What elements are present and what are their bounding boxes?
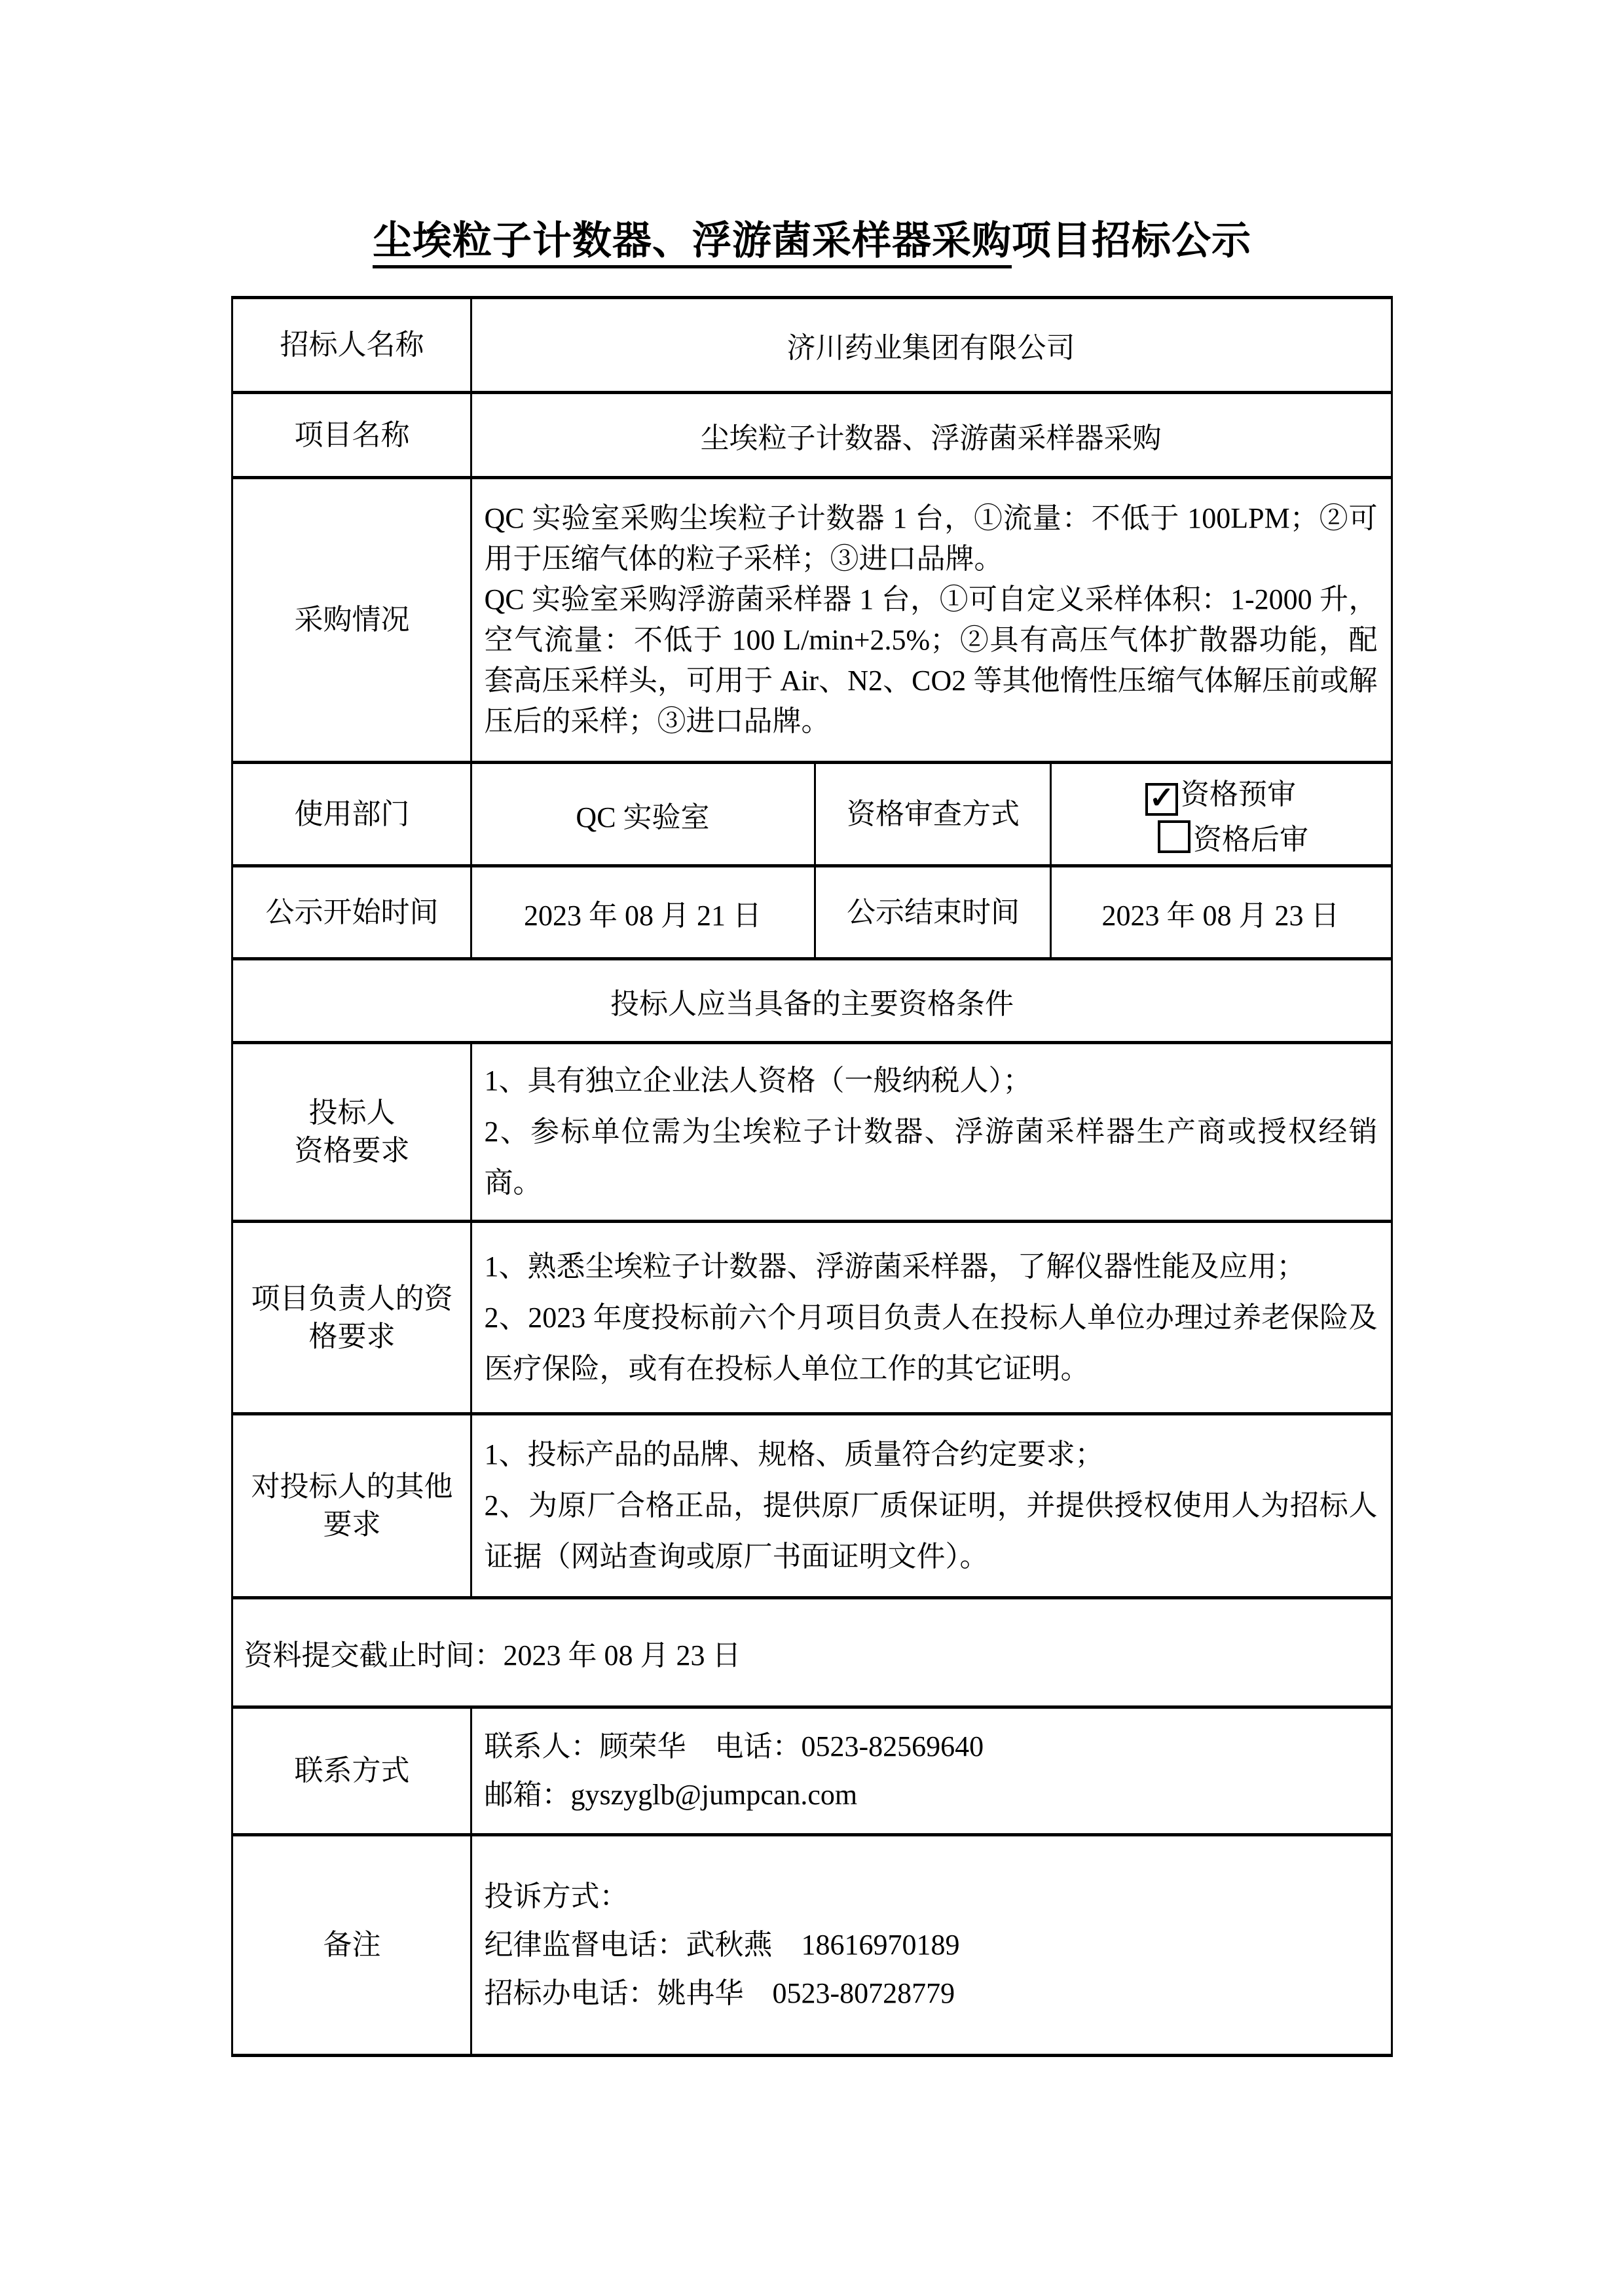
- option-prequalification: ✓资格预审: [1145, 778, 1296, 811]
- table-row: 项目名称 尘埃粒子计数器、浮游菌采样器采购: [232, 393, 1392, 478]
- bidder-qualification-label: 投标人 资格要求: [232, 1043, 471, 1222]
- checkbox-checked-icon: ✓: [1145, 783, 1178, 816]
- using-department-label: 使用部门: [232, 763, 471, 866]
- contact-value: 联系人：顾荣华 电话：0523-82569640 邮箱：gyszyglb@jum…: [471, 1707, 1392, 1835]
- publicity-end-label: 公示结束时间: [815, 866, 1051, 959]
- bidder-qualification-value: 1、具有独立企业法人资格（一般纳税人）； 2、参标单位需为尘埃粒子计数器、浮游菌…: [471, 1043, 1392, 1222]
- project-manager-qualification-label: 项目负责人的资 格要求: [232, 1222, 471, 1414]
- project-name-value: 尘埃粒子计数器、浮游菌采样器采购: [471, 393, 1392, 478]
- bidder-name-label: 招标人名称: [232, 298, 471, 393]
- qualification-conditions-header: 投标人应当具备的主要资格条件: [232, 959, 1392, 1043]
- table-row: 项目负责人的资 格要求 1、熟悉尘埃粒子计数器、浮游菌采样器，了解仪器性能及应用…: [232, 1222, 1392, 1414]
- publicity-start-label: 公示开始时间: [232, 866, 471, 959]
- publicity-end-value: 2023 年 08 月 23 日: [1051, 866, 1392, 959]
- checkbox-unchecked-icon: [1158, 820, 1190, 853]
- other-requirements-value: 1、投标产品的品牌、规格、质量符合约定要求； 2、为原厂合格正品，提供原厂质保证…: [471, 1414, 1392, 1598]
- table-row: 招标人名称 济川药业集团有限公司: [232, 298, 1392, 393]
- option-postqualification: 资格后审: [1158, 824, 1308, 856]
- table-row: 公示开始时间 2023 年 08 月 21 日 公示结束时间 2023 年 08…: [232, 866, 1392, 959]
- table-row: 资料提交截止时间：2023 年 08 月 23 日: [232, 1598, 1392, 1707]
- using-department-value: QC 实验室: [471, 763, 815, 866]
- table-row: 投标人 资格要求 1、具有独立企业法人资格（一般纳税人）； 2、参标单位需为尘埃…: [232, 1043, 1392, 1222]
- procurement-details-label: 采购情况: [232, 478, 471, 763]
- project-manager-qualification-value: 1、熟悉尘埃粒子计数器、浮游菌采样器，了解仪器性能及应用； 2、2023 年度投…: [471, 1222, 1392, 1414]
- document-page: 尘埃粒子计数器、浮游菌采样器采购项目招标公示 招标人名称 济川药业集团有限公司 …: [0, 0, 1624, 2296]
- publicity-start-value: 2023 年 08 月 21 日: [471, 866, 815, 959]
- other-requirements-label: 对投标人的其他 要求: [232, 1414, 471, 1598]
- procurement-details-value: QC 实验室采购尘埃粒子计数器 1 台，①流量：不低于 100LPM；②可用于压…: [471, 478, 1392, 763]
- table-row: 采购情况 QC 实验室采购尘埃粒子计数器 1 台，①流量：不低于 100LPM；…: [232, 478, 1392, 763]
- table-row: 投标人应当具备的主要资格条件: [232, 959, 1392, 1043]
- option-prequalification-label: 资格预审: [1181, 778, 1296, 811]
- table-row: 联系方式 联系人：顾荣华 电话：0523-82569640 邮箱：gyszygl…: [232, 1707, 1392, 1835]
- option-postqualification-label: 资格后审: [1193, 824, 1308, 856]
- qualification-review-options: ✓资格预审资格后审: [1051, 763, 1392, 866]
- tender-announcement-table: 招标人名称 济川药业集团有限公司 项目名称 尘埃粒子计数器、浮游菌采样器采购 采…: [231, 296, 1392, 2057]
- page-title: 尘埃粒子计数器、浮游菌采样器采购项目招标公示: [0, 216, 1624, 266]
- page-title-plain-part: 项目招标公示: [1012, 219, 1251, 263]
- qualification-review-method-label: 资格审查方式: [815, 763, 1051, 866]
- page-title-underlined-part: 尘埃粒子计数器、浮游菌采样器采购: [373, 219, 1012, 268]
- table-row: 备注 投诉方式： 纪律监督电话：武秋燕 18616970189 招标办电话：姚冉…: [232, 1835, 1392, 2056]
- contact-label: 联系方式: [232, 1707, 471, 1835]
- remarks-label: 备注: [232, 1835, 471, 2056]
- table-row: 对投标人的其他 要求 1、投标产品的品牌、规格、质量符合约定要求； 2、为原厂合…: [232, 1414, 1392, 1598]
- bidder-name-value: 济川药业集团有限公司: [471, 298, 1392, 393]
- project-name-label: 项目名称: [232, 393, 471, 478]
- submission-deadline-text: 资料提交截止时间：2023 年 08 月 23 日: [232, 1598, 1392, 1707]
- table-row: 使用部门 QC 实验室 资格审查方式 ✓资格预审资格后审: [232, 763, 1392, 866]
- remarks-value: 投诉方式： 纪律监督电话：武秋燕 18616970189 招标办电话：姚冉华 0…: [471, 1835, 1392, 2056]
